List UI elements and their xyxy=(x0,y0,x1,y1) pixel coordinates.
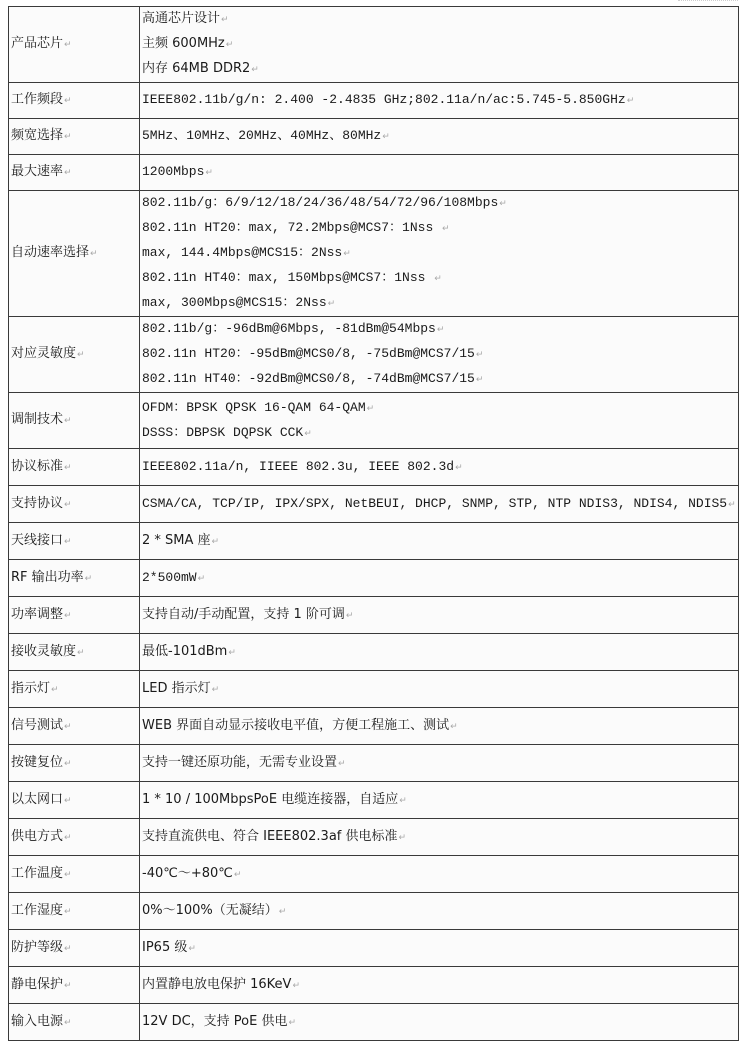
value-line: IP65 级↵ xyxy=(142,936,738,961)
return-mark-icon: ↵ xyxy=(64,132,72,142)
return-mark-icon: ↵ xyxy=(51,685,59,695)
return-mark-icon: ↵ xyxy=(188,944,196,954)
value-line: 1 * 10 / 100MbpsPoE 电缆连接器，自适应↵ xyxy=(142,788,738,813)
value-text: 802.11n HT20：-95dBm@MCS0/8, -75dBm@MCS7/… xyxy=(142,346,475,361)
value-text: -40℃～+80℃ xyxy=(142,866,233,881)
value-text: 802.11b/g：-96dBm@6Mbps, -81dBm@54Mbps xyxy=(142,321,436,336)
value-line: DSSS：DBPSK DQPSK CCK↵ xyxy=(142,421,738,446)
return-mark-icon: ↵ xyxy=(64,981,72,991)
row-label: 输入电源↵ xyxy=(9,1004,140,1041)
row-label: 产品芯片↵ xyxy=(9,7,140,83)
row-label: 工作频段↵ xyxy=(9,83,140,119)
return-mark-icon: ↵ xyxy=(64,722,72,732)
value-line: 802.11b/g：-96dBm@6Mbps, -81dBm@54Mbps↵ xyxy=(142,317,738,342)
return-mark-icon: ↵ xyxy=(304,429,312,439)
row-value: 内置静电放电保护 16KeV↵ xyxy=(140,967,739,1004)
return-mark-icon: ↵ xyxy=(64,500,72,510)
value-text: 支持直流供电、符合 IEEE802.3af 供电标准 xyxy=(142,829,398,844)
return-mark-icon: ↵ xyxy=(64,96,72,106)
table-row: 供电方式↵ 支持直流供电、符合 IEEE802.3af 供电标准↵ xyxy=(9,819,739,856)
label-text: 工作频段 xyxy=(11,92,63,107)
return-mark-icon: ↵ xyxy=(64,796,72,806)
return-mark-icon: ↵ xyxy=(64,463,72,473)
label-text: 支持协议 xyxy=(11,496,63,511)
table-row: 产品芯片↵ 高通芯片设计↵ 主频 600MHz↵ 内存 64MB DDR2↵ xyxy=(9,7,739,83)
table-row: 以太网口↵ 1 * 10 / 100MbpsPoE 电缆连接器，自适应↵ xyxy=(9,782,739,819)
row-label: 协议标准↵ xyxy=(9,449,140,486)
value-text: 内置静电放电保护 16KeV xyxy=(142,977,291,992)
return-mark-icon: ↵ xyxy=(64,907,72,917)
return-mark-icon: ↵ xyxy=(367,404,375,414)
return-mark-icon: ↵ xyxy=(212,685,220,695)
table-row: 指示灯↵ LED 指示灯↵ xyxy=(9,671,739,708)
table-row: 工作湿度↵ 0%～100%（无凝结）↵ xyxy=(9,893,739,930)
return-mark-icon: ↵ xyxy=(476,350,484,360)
value-line: IEEE802.11b/g/n: 2.400 -2.4835 GHz;802.1… xyxy=(142,88,738,113)
value-text: max, 144.4Mbps@MCS15：2Nss xyxy=(142,245,342,260)
value-text: 最低-101dBm xyxy=(142,644,227,659)
return-mark-icon: ↵ xyxy=(77,648,85,658)
return-mark-icon: ↵ xyxy=(328,299,336,309)
row-label: 最大速率↵ xyxy=(9,155,140,191)
row-value: 支持一键还原功能，无需专业设置↵ xyxy=(140,745,739,782)
table-row: 信号测试↵ WEB 界面自动显示接收电平值，方便工程施工、测试↵ xyxy=(9,708,739,745)
return-mark-icon: ↵ xyxy=(64,870,72,880)
return-mark-icon: ↵ xyxy=(64,759,72,769)
value-line: 802.11n HT40：-92dBm@MCS0/8, -74dBm@MCS7/… xyxy=(142,367,738,392)
value-text: OFDM：BPSK QPSK 16-QAM 64-QAM xyxy=(142,400,366,415)
row-label: 接收灵敏度↵ xyxy=(9,634,140,671)
return-mark-icon: ↵ xyxy=(198,574,206,584)
row-label: 频宽选择↵ xyxy=(9,119,140,155)
label-text: 防护等级 xyxy=(11,940,63,955)
return-mark-icon: ↵ xyxy=(399,833,407,843)
return-mark-icon: ↵ xyxy=(205,168,213,178)
row-label: 对应灵敏度↵ xyxy=(9,317,140,393)
row-label: 信号测试↵ xyxy=(9,708,140,745)
row-value: LED 指示灯↵ xyxy=(140,671,739,708)
table-row: 协议标准↵ IEEE802.11a/n, IIEEE 802.3u, IEEE … xyxy=(9,449,739,486)
row-label: 静电保护↵ xyxy=(9,967,140,1004)
spec-table: 产品芯片↵ 高通芯片设计↵ 主频 600MHz↵ 内存 64MB DDR2↵ 工… xyxy=(8,6,739,1041)
value-text: 12V DC，支持 PoE 供电 xyxy=(142,1014,287,1029)
table-row: RF 输出功率↵ 2*500mW↵ xyxy=(9,560,739,597)
label-text: 工作温度 xyxy=(11,866,63,881)
return-mark-icon: ↵ xyxy=(292,981,300,991)
value-line: max, 300Mbps@MCS15：2Nss↵ xyxy=(142,291,738,316)
label-text: 供电方式 xyxy=(11,829,63,844)
row-value: -40℃～+80℃↵ xyxy=(140,856,739,893)
value-text: 802.11n HT40：max, 150Mbps@MCS7：1Nss xyxy=(142,270,433,285)
label-text: 频宽选择 xyxy=(11,128,63,143)
return-mark-icon: ↵ xyxy=(338,759,346,769)
return-mark-icon: ↵ xyxy=(442,224,450,234)
table-row: 支持协议↵ CSMA/CA, TCP/IP, IPX/SPX, NetBEUI,… xyxy=(9,486,739,523)
value-text: 0%～100%（无凝结） xyxy=(142,903,278,918)
return-mark-icon: ↵ xyxy=(64,537,72,547)
label-text: 对应灵敏度 xyxy=(11,346,76,361)
value-text: 高通芯片设计 xyxy=(142,11,220,26)
value-line: 12V DC，支持 PoE 供电↵ xyxy=(142,1010,738,1035)
value-line: 802.11n HT20：max, 72.2Mbps@MCS7：1Nss ↵ xyxy=(142,216,738,241)
row-value: 802.11b/g：-96dBm@6Mbps, -81dBm@54Mbps↵ 8… xyxy=(140,317,739,393)
row-label: 自动速率选择↵ xyxy=(9,191,140,317)
return-mark-icon: ↵ xyxy=(212,537,220,547)
return-mark-icon: ↵ xyxy=(288,1018,296,1028)
label-text: 信号测试 xyxy=(11,718,63,733)
value-line: IEEE802.11a/n, IIEEE 802.3u, IEEE 802.3d… xyxy=(142,455,738,480)
value-text: WEB 界面自动显示接收电平值，方便工程施工、测试 xyxy=(142,718,449,733)
value-line: 5MHz、10MHz、20MHz、40MHz、80MHz↵ xyxy=(142,124,738,149)
value-text: max, 300Mbps@MCS15：2Nss xyxy=(142,295,327,310)
value-text: IEEE802.11a/n, IIEEE 802.3u, IEEE 802.3d xyxy=(142,459,454,474)
value-text: 1200Mbps xyxy=(142,164,204,179)
label-text: 调制技术 xyxy=(11,412,63,427)
return-mark-icon: ↵ xyxy=(90,249,98,259)
return-mark-icon: ↵ xyxy=(64,40,72,50)
row-label: 天线接口↵ xyxy=(9,523,140,560)
label-text: RF 输出功率 xyxy=(11,570,84,585)
label-text: 工作湿度 xyxy=(11,903,63,918)
value-text: 2*500mW xyxy=(142,570,197,585)
return-mark-icon: ↵ xyxy=(279,907,287,917)
row-value: 1200Mbps↵ xyxy=(140,155,739,191)
return-mark-icon: ↵ xyxy=(434,274,442,284)
row-label: 工作温度↵ xyxy=(9,856,140,893)
value-line: 1200Mbps↵ xyxy=(142,160,738,185)
row-label: 指示灯↵ xyxy=(9,671,140,708)
value-line: -40℃～+80℃↵ xyxy=(142,862,738,887)
table-row: 自动速率选择↵ 802.11b/g：6/9/12/18/24/36/48/54/… xyxy=(9,191,739,317)
label-text: 产品芯片 xyxy=(11,36,63,51)
label-text: 按键复位 xyxy=(11,755,63,770)
label-text: 指示灯 xyxy=(11,681,50,696)
table-row: 工作频段↵ IEEE802.11b/g/n: 2.400 -2.4835 GHz… xyxy=(9,83,739,119)
row-value: 1 * 10 / 100MbpsPoE 电缆连接器，自适应↵ xyxy=(140,782,739,819)
value-text: LED 指示灯 xyxy=(142,681,211,696)
return-mark-icon: ↵ xyxy=(437,325,445,335)
table-row: 功率调整↵ 支持自动/手动配置，支持 1 阶可调↵ xyxy=(9,597,739,634)
return-mark-icon: ↵ xyxy=(64,1018,72,1028)
page-header-mark xyxy=(678,0,738,4)
table-row: 按键复位↵ 支持一键还原功能，无需专业设置↵ xyxy=(9,745,739,782)
table-row: 静电保护↵ 内置静电放电保护 16KeV↵ xyxy=(9,967,739,1004)
label-text: 协议标准 xyxy=(11,459,63,474)
return-mark-icon: ↵ xyxy=(77,350,85,360)
value-text: IP65 级 xyxy=(142,940,187,955)
row-label: 按键复位↵ xyxy=(9,745,140,782)
value-text: DSSS：DBPSK DQPSK CCK xyxy=(142,425,303,440)
return-mark-icon: ↵ xyxy=(64,944,72,954)
return-mark-icon: ↵ xyxy=(64,611,72,621)
row-value: 12V DC，支持 PoE 供电↵ xyxy=(140,1004,739,1041)
row-label: 工作湿度↵ xyxy=(9,893,140,930)
return-mark-icon: ↵ xyxy=(476,375,484,385)
row-value: 0%～100%（无凝结）↵ xyxy=(140,893,739,930)
return-mark-icon: ↵ xyxy=(343,249,351,259)
value-text: 802.11n HT20：max, 72.2Mbps@MCS7：1Nss xyxy=(142,220,441,235)
table-row: 天线接口↵ 2 * SMA 座↵ xyxy=(9,523,739,560)
return-mark-icon: ↵ xyxy=(85,574,93,584)
value-text: 支持自动/手动配置，支持 1 阶可调 xyxy=(142,607,345,622)
label-text: 以太网口 xyxy=(11,792,63,807)
row-value: IEEE802.11a/n, IIEEE 802.3u, IEEE 802.3d… xyxy=(140,449,739,486)
value-line: 802.11n HT20：-95dBm@MCS0/8, -75dBm@MCS7/… xyxy=(142,342,738,367)
row-label: 调制技术↵ xyxy=(9,393,140,449)
value-text: 内存 64MB DDR2 xyxy=(142,61,250,76)
value-text: 5MHz、10MHz、20MHz、40MHz、80MHz xyxy=(142,128,381,143)
value-line: OFDM：BPSK QPSK 16-QAM 64-QAM↵ xyxy=(142,396,738,421)
row-value: 高通芯片设计↵ 主频 600MHz↵ 内存 64MB DDR2↵ xyxy=(140,7,739,83)
value-text: 802.11b/g：6/9/12/18/24/36/48/54/72/96/10… xyxy=(142,195,498,210)
value-text: 802.11n HT40：-92dBm@MCS0/8, -74dBm@MCS7/… xyxy=(142,371,475,386)
value-line: 主频 600MHz↵ xyxy=(142,32,738,57)
row-label: 支持协议↵ xyxy=(9,486,140,523)
value-line: 内置静电放电保护 16KeV↵ xyxy=(142,973,738,998)
value-text: 2 * SMA 座 xyxy=(142,533,211,548)
value-line: 支持直流供电、符合 IEEE802.3af 供电标准↵ xyxy=(142,825,738,850)
value-line: 2 * SMA 座↵ xyxy=(142,529,738,554)
return-mark-icon: ↵ xyxy=(382,132,390,142)
row-value: IEEE802.11b/g/n: 2.400 -2.4835 GHz;802.1… xyxy=(140,83,739,119)
row-value: 最低-101dBm↵ xyxy=(140,634,739,671)
table-row: 工作温度↵ -40℃～+80℃↵ xyxy=(9,856,739,893)
row-value: 802.11b/g：6/9/12/18/24/36/48/54/72/96/10… xyxy=(140,191,739,317)
table-row: 防护等级↵ IP65 级↵ xyxy=(9,930,739,967)
value-line: max, 144.4Mbps@MCS15：2Nss↵ xyxy=(142,241,738,266)
return-mark-icon: ↵ xyxy=(346,611,354,621)
row-value: IP65 级↵ xyxy=(140,930,739,967)
value-line: 802.11n HT40：max, 150Mbps@MCS7：1Nss ↵ xyxy=(142,266,738,291)
return-mark-icon: ↵ xyxy=(64,168,72,178)
value-text: IEEE802.11b/g/n: 2.400 -2.4835 GHz;802.1… xyxy=(142,92,626,107)
return-mark-icon: ↵ xyxy=(455,463,463,473)
row-value: 2 * SMA 座↵ xyxy=(140,523,739,560)
return-mark-icon: ↵ xyxy=(64,416,72,426)
return-mark-icon: ↵ xyxy=(399,796,407,806)
row-value: OFDM：BPSK QPSK 16-QAM 64-QAM↵ DSSS：DBPSK… xyxy=(140,393,739,449)
value-line: 支持一键还原功能，无需专业设置↵ xyxy=(142,751,738,776)
row-label: RF 输出功率↵ xyxy=(9,560,140,597)
label-text: 自动速率选择 xyxy=(11,245,89,260)
value-text: 支持一键还原功能，无需专业设置 xyxy=(142,755,337,770)
row-label: 供电方式↵ xyxy=(9,819,140,856)
label-text: 天线接口 xyxy=(11,533,63,548)
label-text: 功率调整 xyxy=(11,607,63,622)
value-text: 主频 600MHz xyxy=(142,36,225,51)
row-value: 2*500mW↵ xyxy=(140,560,739,597)
return-mark-icon: ↵ xyxy=(228,648,236,658)
return-mark-icon: ↵ xyxy=(450,722,458,732)
label-text: 输入电源 xyxy=(11,1014,63,1029)
value-text: CSMA/CA, TCP/IP, IPX/SPX, NetBEUI, DHCP,… xyxy=(142,496,727,511)
row-label: 防护等级↵ xyxy=(9,930,140,967)
value-line: 支持自动/手动配置，支持 1 阶可调↵ xyxy=(142,603,738,628)
label-text: 最大速率 xyxy=(11,164,63,179)
table-row: 最大速率↵ 1200Mbps↵ xyxy=(9,155,739,191)
row-value: CSMA/CA, TCP/IP, IPX/SPX, NetBEUI, DHCP,… xyxy=(140,486,739,523)
value-line: 最低-101dBm↵ xyxy=(142,640,738,665)
label-text: 接收灵敏度 xyxy=(11,644,76,659)
return-mark-icon: ↵ xyxy=(64,833,72,843)
value-line: WEB 界面自动显示接收电平值，方便工程施工、测试↵ xyxy=(142,714,738,739)
table-row: 调制技术↵ OFDM：BPSK QPSK 16-QAM 64-QAM↵ DSSS… xyxy=(9,393,739,449)
row-label: 功率调整↵ xyxy=(9,597,140,634)
row-value: 5MHz、10MHz、20MHz、40MHz、80MHz↵ xyxy=(140,119,739,155)
table-row: 输入电源↵ 12V DC，支持 PoE 供电↵ xyxy=(9,1004,739,1041)
table-row: 对应灵敏度↵ 802.11b/g：-96dBm@6Mbps, -81dBm@54… xyxy=(9,317,739,393)
return-mark-icon: ↵ xyxy=(499,199,507,209)
row-label: 以太网口↵ xyxy=(9,782,140,819)
return-mark-icon: ↵ xyxy=(627,96,635,106)
row-value: WEB 界面自动显示接收电平值，方便工程施工、测试↵ xyxy=(140,708,739,745)
value-line: 802.11b/g：6/9/12/18/24/36/48/54/72/96/10… xyxy=(142,191,738,216)
return-mark-icon: ↵ xyxy=(226,40,234,50)
value-line: 0%～100%（无凝结）↵ xyxy=(142,899,738,924)
value-line: LED 指示灯↵ xyxy=(142,677,738,702)
value-line: 内存 64MB DDR2↵ xyxy=(142,57,738,82)
value-line: 2*500mW↵ xyxy=(142,566,738,591)
row-value: 支持自动/手动配置，支持 1 阶可调↵ xyxy=(140,597,739,634)
table-row: 频宽选择↵ 5MHz、10MHz、20MHz、40MHz、80MHz↵ xyxy=(9,119,739,155)
row-value: 支持直流供电、符合 IEEE802.3af 供电标准↵ xyxy=(140,819,739,856)
return-mark-icon: ↵ xyxy=(251,65,259,75)
return-mark-icon: ↵ xyxy=(728,500,736,510)
return-mark-icon: ↵ xyxy=(234,870,242,880)
value-text: 1 * 10 / 100MbpsPoE 电缆连接器，自适应 xyxy=(142,792,398,807)
value-line: CSMA/CA, TCP/IP, IPX/SPX, NetBEUI, DHCP,… xyxy=(142,492,738,517)
table-row: 接收灵敏度↵ 最低-101dBm↵ xyxy=(9,634,739,671)
value-line: 高通芯片设计↵ xyxy=(142,7,738,32)
return-mark-icon: ↵ xyxy=(221,15,229,25)
label-text: 静电保护 xyxy=(11,977,63,992)
